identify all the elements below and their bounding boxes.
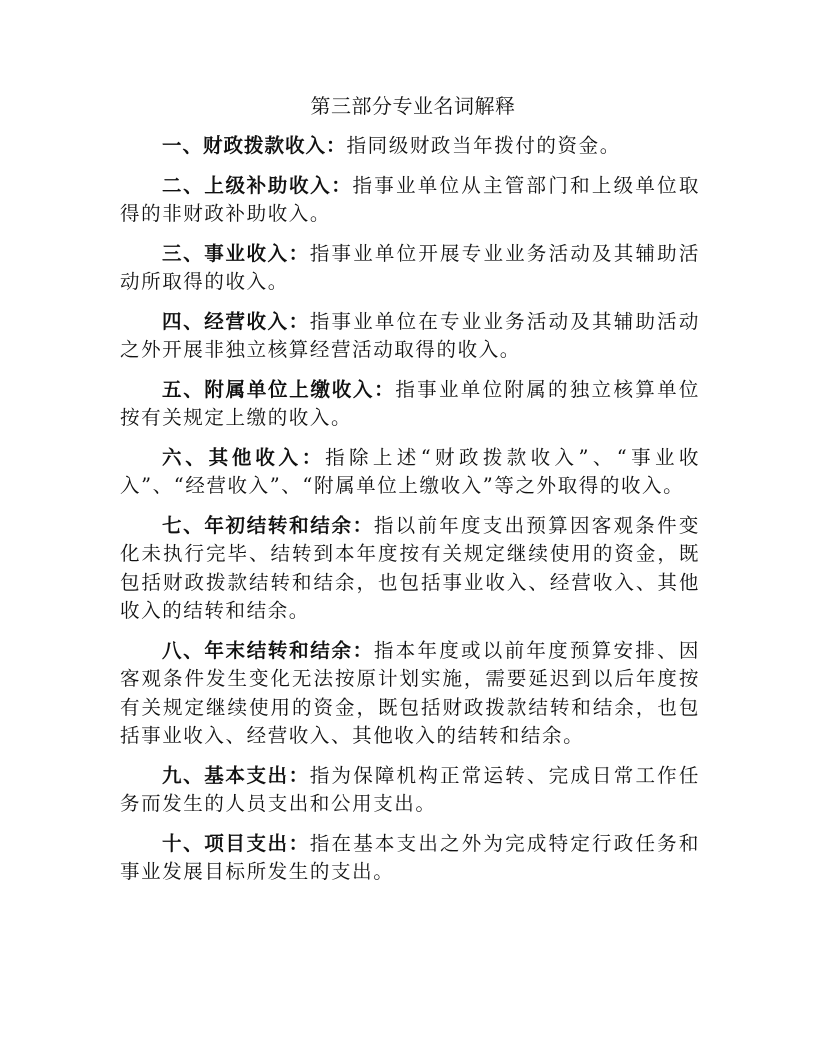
entry-other-income: 六、其他收入：指除上述“财政拨款收入”、“事业收入”、“经营收入”、“附属单位上… [120,444,700,501]
entry-term: 五、附属单位上缴收入： [162,378,395,401]
entry-basic-expenditure: 九、基本支出：指为保障机构正常运转、完成日常工作任务而发生的人员支出和公用支出。 [120,762,700,819]
entry-term: 九、基本支出： [162,764,310,787]
entry-beginning-carryover: 七、年初结转和结余：指以前年度支出预算因客观条件变化未执行完毕、结转到本年度按有… [120,512,700,626]
entry-term: 六、其他收入： [162,446,325,469]
entry-term: 三、事业收入： [162,242,310,265]
entry-project-expenditure: 十、项目支出：指在基本支出之外为完成特定行政任务和事业发展目标所发生的支出。 [120,830,700,887]
entry-term: 二、上级补助收入： [162,174,352,197]
entry-operating-income: 四、经营收入：指事业单位在专业业务活动及其辅助活动之外开展非独立核算经营活动取得… [120,308,700,365]
entry-fiscal-appropriation-income: 一、财政拨款收入：指同级财政当年拨付的资金。 [120,132,700,161]
entry-affiliated-unit-income: 五、附属单位上缴收入：指事业单位附属的独立核算单位按有关规定上缴的收入。 [120,376,700,433]
entry-superior-subsidy-income: 二、上级补助收入：指事业单位从主管部门和上级单位取得的非财政补助收入。 [120,172,700,229]
document-page: 第三部分专业名词解释 一、财政拨款收入：指同级财政当年拨付的资金。 二、上级补助… [120,92,700,898]
entry-business-income: 三、事业收入：指事业单位开展专业业务活动及其辅助活动所取得的收入。 [120,240,700,297]
entry-term: 四、经营收入： [162,310,310,333]
entry-term: 一、财政拨款收入： [162,134,347,157]
entry-term: 七、年初结转和结余： [162,514,374,537]
entry-term: 十、项目支出： [162,832,310,855]
page-title: 第三部分专业名词解释 [120,92,700,120]
entry-definition: 指同级财政当年拨付的资金。 [347,134,621,157]
entry-ending-carryover: 八、年末结转和结余：指本年度或以前年度预算安排、因客观条件发生变化无法按原计划实… [120,637,700,751]
entry-term: 八、年末结转和结余： [162,639,374,662]
